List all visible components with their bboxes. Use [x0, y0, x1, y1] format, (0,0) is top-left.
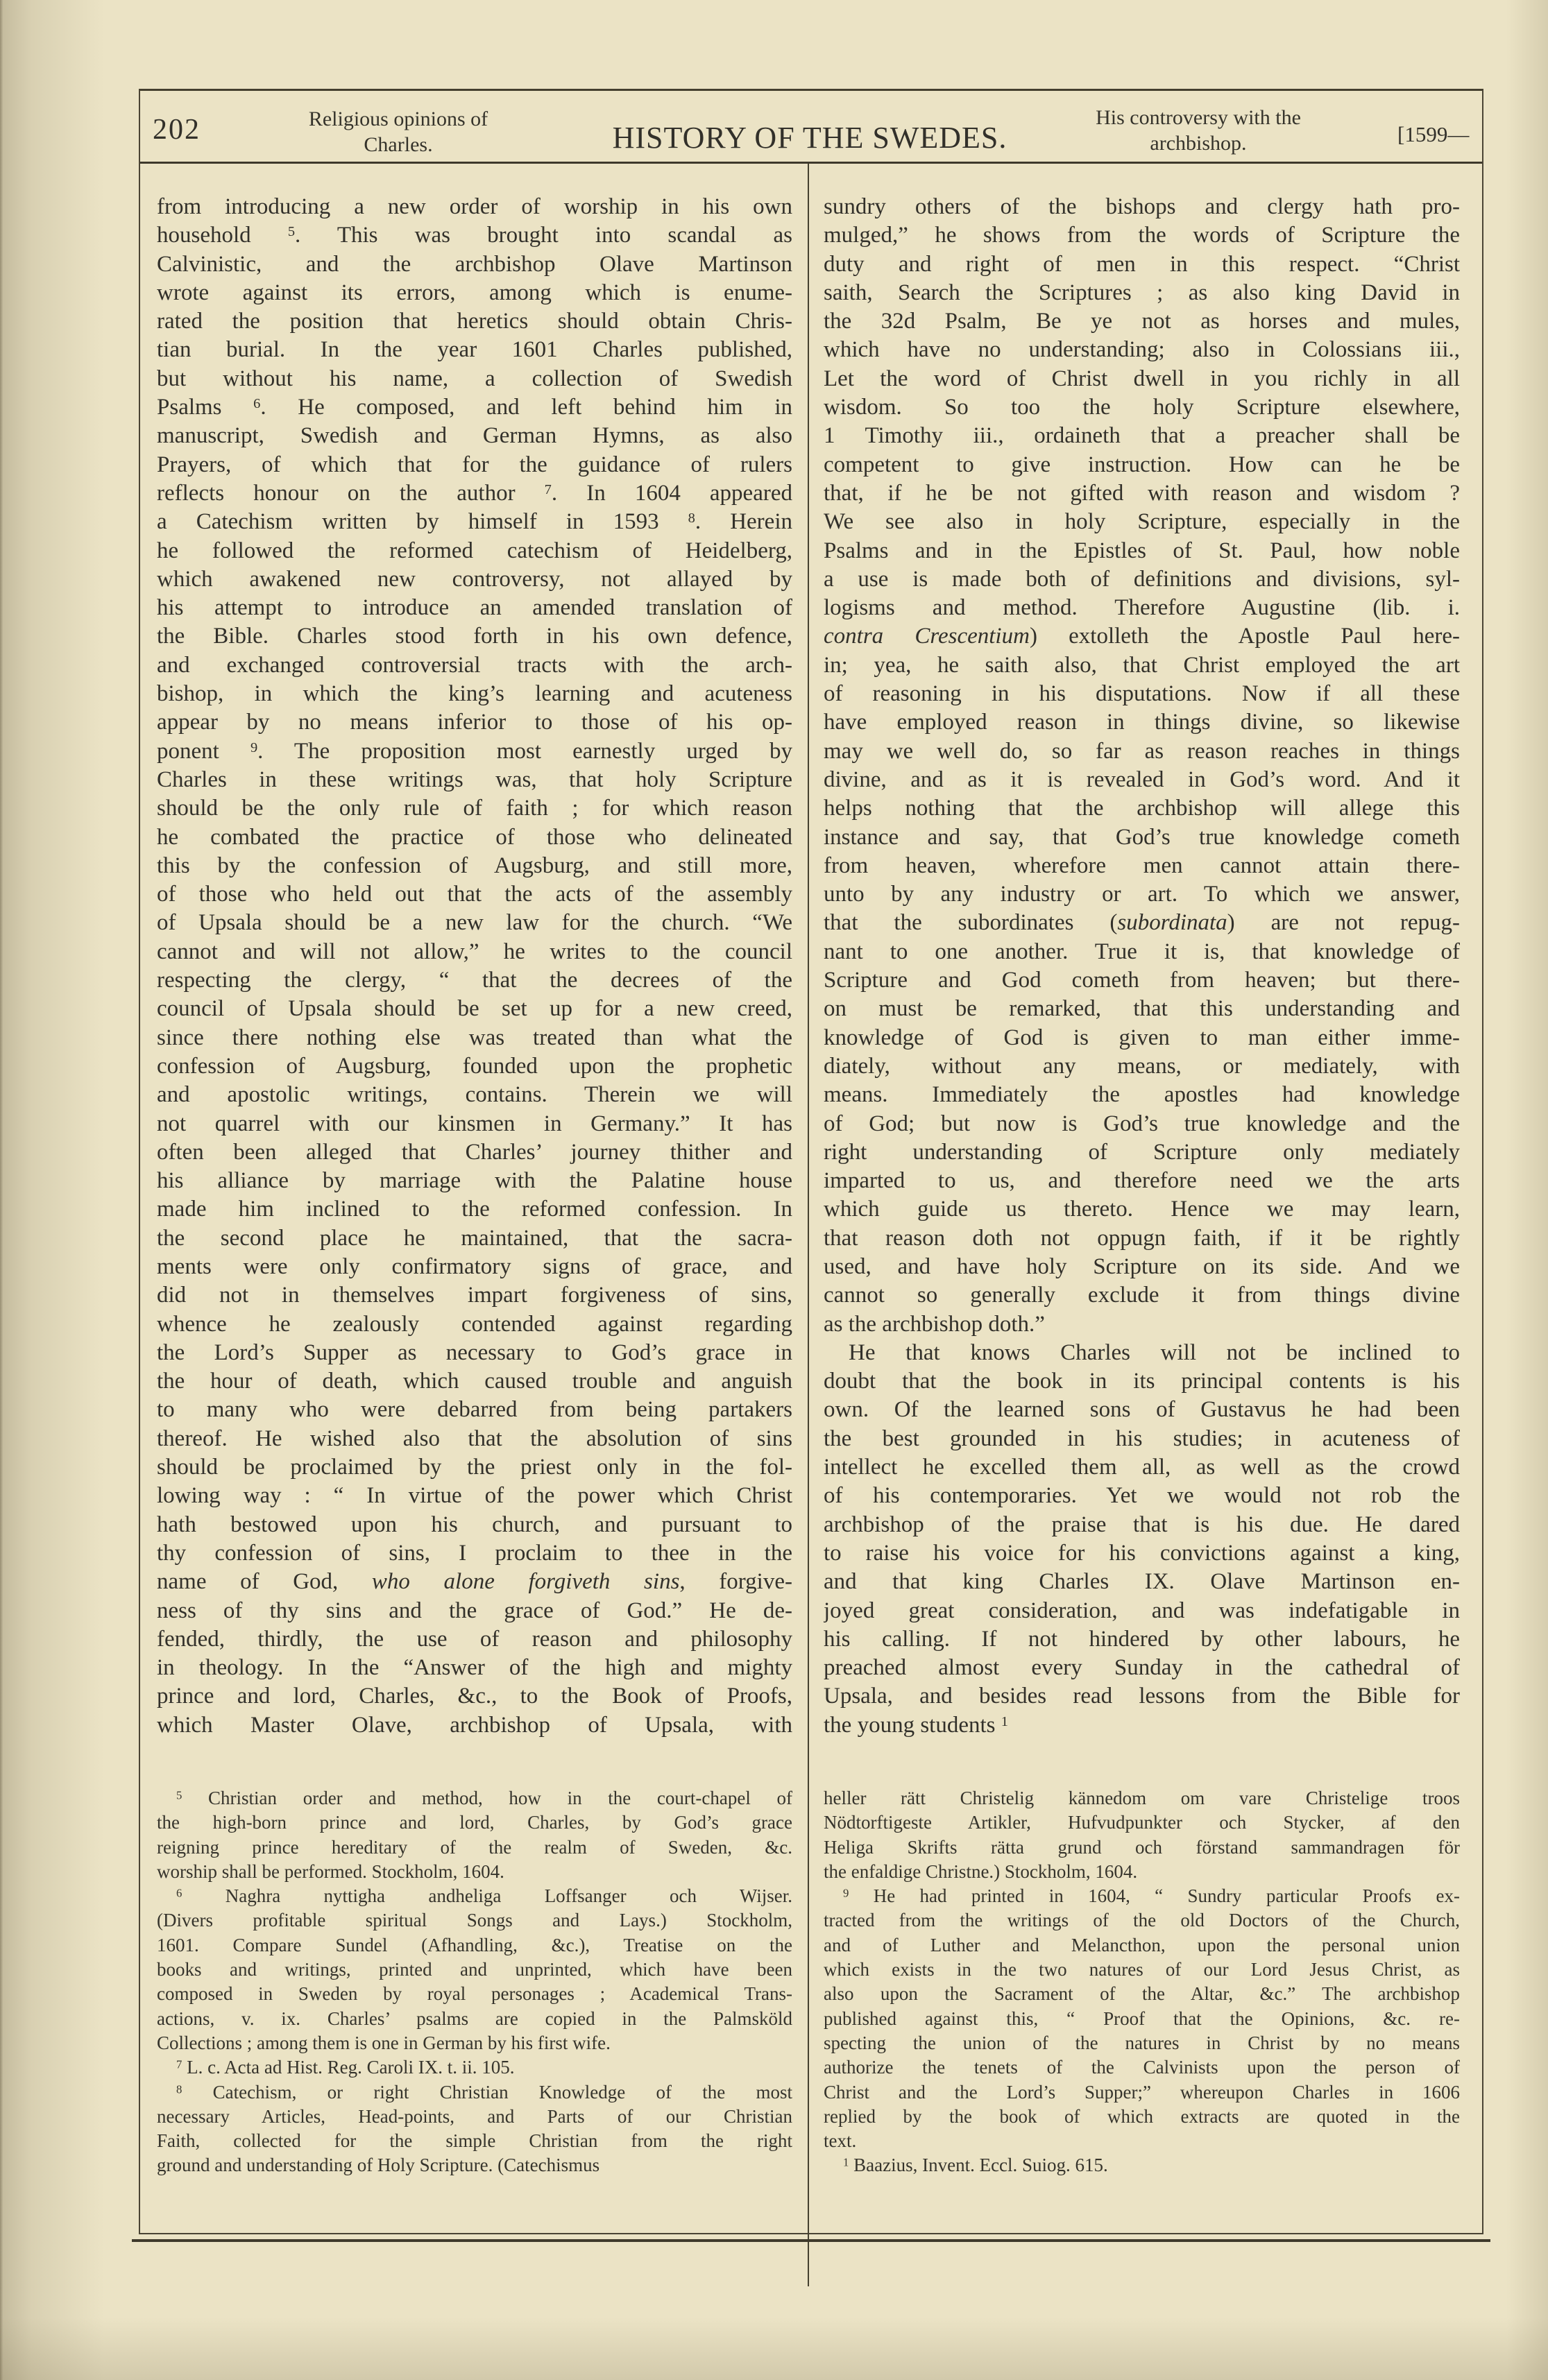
- text-line: contra Crescentium) extolleth the Apostl…: [824, 622, 1460, 651]
- text-line: which Master Olave, archbishop of Upsala…: [157, 1711, 792, 1740]
- text-line: cannot and will not allow,” he writes to…: [157, 938, 792, 966]
- text-line: that, if he be not gifted with reason an…: [824, 479, 1460, 508]
- text-line: Calvinistic, and the archbishop Olave Ma…: [157, 250, 792, 279]
- text-line: replied by the book of which extracts ar…: [824, 2105, 1460, 2129]
- text-line: the enfaldige Christne.) Stockholm, 1604…: [824, 1860, 1460, 1884]
- text-line: ness of thy sins and the grace of God.” …: [157, 1597, 792, 1625]
- text-line: published against this, “ Proof that the…: [824, 2007, 1460, 2031]
- text-line: Charles in these writings was, that holy…: [157, 766, 792, 794]
- bottom-page-edge-shadow: [0, 2318, 1548, 2380]
- text-line: helps nothing that the archbishop will a…: [824, 794, 1460, 823]
- text-line: since there nothing else was treated tha…: [157, 1024, 792, 1052]
- text-line: instance and say, that God’s true knowle…: [824, 823, 1460, 852]
- text-line: his calling. If not hindered by other la…: [824, 1625, 1460, 1654]
- text-line: composed in Sweden by royal personages ;…: [157, 1982, 792, 2006]
- text-line: wisdom. So too the holy Scripture elsewh…: [824, 393, 1460, 422]
- text-line: as the archbishop doth.”: [824, 1310, 1460, 1339]
- text-line: (Divers profitable spiritual Songs and L…: [157, 1908, 792, 1933]
- text-line: heller rätt Christelig kännedom om vare …: [824, 1786, 1460, 1810]
- text-line: appear by no means inferior to those of …: [157, 708, 792, 737]
- text-line: did not in themselves impart forgiveness…: [157, 1281, 792, 1310]
- text-line: ponent 9. The proposition most earnestly…: [157, 737, 792, 766]
- text-line: the young students 1: [824, 1711, 1460, 1740]
- text-line: Faith, collected for the simple Christia…: [157, 2129, 792, 2153]
- text-line: and of Luther and Melancthon, upon the p…: [824, 1933, 1460, 1958]
- text-line: manuscript, Swedish and German Hymns, as…: [157, 422, 792, 450]
- text-line: 6 Naghra nyttigha andheliga Loffsanger o…: [157, 1884, 792, 1908]
- text-line: 9 He had printed in 1604, “ Sundry parti…: [824, 1884, 1460, 1908]
- running-head-right: His controversy with the archbishop.: [1065, 105, 1332, 156]
- text-line: this by the confession of Augsburg, and …: [157, 852, 792, 880]
- text-line: in; yea, he saith also, that Christ empl…: [824, 651, 1460, 680]
- book-title: HISTORY OF THE SWEDES.: [570, 120, 1049, 155]
- text-line: tracted from the writings of the old Doc…: [824, 1908, 1460, 1933]
- text-line: may we well do, so far as reason reaches…: [824, 737, 1460, 766]
- text-line: bishop, in which the king’s learning and…: [157, 680, 792, 708]
- text-line: confession of Augsburg, founded upon the…: [157, 1052, 792, 1081]
- text-line: used, and have holy Scripture on its sid…: [824, 1253, 1460, 1281]
- text-line: Christ and the Lord’s Supper;” whereupon…: [824, 2080, 1460, 2105]
- text-line: 7 L. c. Acta ad Hist. Reg. Caroli IX. t.…: [157, 2055, 792, 2080]
- text-line: divine, and as it is revealed in God’s w…: [824, 766, 1460, 794]
- right-page-edge-shadow: [1506, 0, 1548, 2380]
- text-line: made him inclined to the reformed confes…: [157, 1195, 792, 1224]
- text-line: that the subordinates (subordinata) are …: [824, 909, 1460, 937]
- text-line: reflects honour on the author 7. In 1604…: [157, 479, 792, 508]
- text-line: thy confession of sins, I proclaim to th…: [157, 1539, 792, 1568]
- text-line: preached almost every Sunday in the cath…: [824, 1654, 1460, 1682]
- footnotes-right-column: heller rätt Christelig kännedom om vare …: [824, 1786, 1460, 2178]
- text-line: archbishop of the praise that is his due…: [824, 1511, 1460, 1539]
- text-line: of God; but now is God’s true knowledge …: [824, 1110, 1460, 1138]
- text-line: of reasoning in his disputations. Now if…: [824, 680, 1460, 708]
- text-line: unto by any industry or art. To which we…: [824, 880, 1460, 909]
- text-line: to raise his voice for his convictions a…: [824, 1539, 1460, 1568]
- text-line: from introducing a new order of worship …: [157, 193, 792, 221]
- text-line: reigning prince hereditary of the realm …: [157, 1835, 792, 1860]
- text-line: fended, thirdly, the use of reason and p…: [157, 1625, 792, 1654]
- text-line: Psalms and in the Epistles of St. Paul, …: [824, 537, 1460, 565]
- text-line: name of God, who alone forgiveth sins, f…: [157, 1568, 792, 1596]
- date-marginal: [1599—: [1397, 122, 1488, 147]
- text-line: ments were only confirmatory signs of gr…: [157, 1253, 792, 1281]
- text-line: which exists in the two natures of our L…: [824, 1958, 1460, 1982]
- left-page-edge-shadow: [0, 0, 104, 2380]
- text-line: also upon the Sacrament of the Altar, &c…: [824, 1982, 1460, 2006]
- text-line: right understanding of Scripture only me…: [824, 1138, 1460, 1167]
- text-line: Heliga Skrifts rätta grund och förstand …: [824, 1835, 1460, 1860]
- page-bottom-rule: [132, 2239, 1490, 2242]
- running-head-right-line2: archbishop.: [1065, 130, 1332, 156]
- text-line: tian burial. In the year 1601 Charles pu…: [157, 336, 792, 364]
- text-line: 5 Christian order and method, how in the…: [157, 1786, 792, 1810]
- text-line: thereof. He wished also that the absolut…: [157, 1425, 792, 1453]
- text-line: sundry others of the bishops and clergy …: [824, 193, 1460, 221]
- text-line: and apostolic writings, contains. Therei…: [157, 1081, 792, 1109]
- text-line: imparted to us, and therefore need we th…: [824, 1167, 1460, 1195]
- text-line: worship shall be performed. Stockholm, 1…: [157, 1860, 792, 1884]
- text-line: household 5. This was brought into scand…: [157, 221, 792, 250]
- text-line: doubt that the book in its principal con…: [824, 1367, 1460, 1396]
- text-line: ground and understanding of Holy Scriptu…: [157, 2153, 792, 2177]
- text-line: have employed reason in things divine, s…: [824, 708, 1460, 737]
- text-line: often been alleged that Charles’ journey…: [157, 1138, 792, 1167]
- text-line: a use is made both of definitions and di…: [824, 565, 1460, 594]
- text-line: diately, without any means, or mediately…: [824, 1052, 1460, 1081]
- text-line: the hour of death, which caused trouble …: [157, 1367, 792, 1396]
- main-text-left-column: from introducing a new order of worship …: [157, 193, 792, 1740]
- text-line: means. Immediately the apostles had know…: [824, 1081, 1460, 1109]
- text-line: the Bible. Charles stood forth in his ow…: [157, 622, 792, 651]
- text-line: text.: [824, 2129, 1460, 2153]
- footnotes-left-column: 5 Christian order and method, how in the…: [157, 1786, 792, 2178]
- text-line: wrote against its errors, among which is…: [157, 279, 792, 307]
- running-head-left-line1: Religious opinions of: [272, 106, 525, 132]
- text-line: not quarrel with our kinsmen in Germany.…: [157, 1110, 792, 1138]
- text-line: mulged,” he shows from the words of Scri…: [824, 221, 1460, 250]
- text-line: Collections ; among them is one in Germa…: [157, 2031, 792, 2055]
- text-line: which have no understanding; also in Col…: [824, 336, 1460, 364]
- text-line: 1601. Compare Sundel (Afhandling, &c.), …: [157, 1933, 792, 1958]
- running-head-right-line1: His controversy with the: [1065, 105, 1332, 130]
- text-line: We see also in holy Scripture, especiall…: [824, 508, 1460, 536]
- book-page-scan: 202 Religious opinions of Charles. HISTO…: [0, 0, 1548, 2380]
- text-line: his alliance by marriage with the Palati…: [157, 1167, 792, 1195]
- text-line: on must be remarked, that this understan…: [824, 995, 1460, 1023]
- text-line: should be proclaimed by the priest only …: [157, 1453, 792, 1482]
- header-rule: [140, 162, 1482, 164]
- text-line: books and writings, printed and unprinte…: [157, 1958, 792, 1982]
- text-line: joyed great consideration, and was indef…: [824, 1597, 1460, 1625]
- page-frame: 202 Religious opinions of Charles. HISTO…: [139, 89, 1483, 2234]
- text-line: rated the position that heretics should …: [157, 307, 792, 336]
- text-line: and that king Charles IX. Olave Martinso…: [824, 1568, 1460, 1596]
- text-line: respecting the clergy, “ that the decree…: [157, 966, 792, 995]
- text-line: Upsala, and besides read lessons from th…: [824, 1682, 1460, 1711]
- text-line: of those who held out that the acts of t…: [157, 880, 792, 909]
- column-divider-rule: [808, 164, 809, 2286]
- text-line: Prayers, of which that for the guidance …: [157, 451, 792, 479]
- text-line: saith, Search the Scriptures ; as also k…: [824, 279, 1460, 307]
- page-number: 202: [153, 113, 201, 146]
- text-line: authorize the tenets of the Calvinists u…: [824, 2055, 1460, 2080]
- running-head-left-line2: Charles.: [272, 132, 525, 157]
- text-line: to many who were debarred from being par…: [157, 1396, 792, 1424]
- text-line: the high-born prince and lord, Charles, …: [157, 1810, 792, 1835]
- text-line: the Lord’s Supper as necessary to God’s …: [157, 1339, 792, 1367]
- text-line: but without his name, a collection of Sw…: [157, 365, 792, 393]
- text-line: hath bestowed upon his church, and pursu…: [157, 1511, 792, 1539]
- text-line: competent to give instruction. How can h…: [824, 451, 1460, 479]
- text-line: council of Upsala should be set up for a…: [157, 995, 792, 1023]
- text-line: of his contemporaries. Yet we would not …: [824, 1482, 1460, 1510]
- text-line: he followed the reformed catechism of He…: [157, 537, 792, 565]
- text-line: that reason doth not oppugn faith, if it…: [824, 1224, 1460, 1253]
- text-line: Nödtorftigeste Artikler, Hufvudpunkter o…: [824, 1810, 1460, 1835]
- text-line: Let the word of Christ dwell in you rich…: [824, 365, 1460, 393]
- text-line: intellect he excelled them all, as well …: [824, 1453, 1460, 1482]
- text-line: in theology. In the “Answer of the high …: [157, 1654, 792, 1682]
- text-line: from heaven, wherefore men cannot attain…: [824, 852, 1460, 880]
- text-line: a Catechism written by himself in 1593 8…: [157, 508, 792, 536]
- text-line: whence he zealously contended against re…: [157, 1310, 792, 1339]
- text-line: 1 Timothy iii., ordaineth that a preache…: [824, 422, 1460, 450]
- main-text-right-column: sundry others of the bishops and clergy …: [824, 193, 1460, 1740]
- text-line: 8 Catechism, or right Christian Knowledg…: [157, 2080, 792, 2105]
- text-line: logisms and method. Therefore Augustine …: [824, 594, 1460, 622]
- text-line: the 32d Psalm, Be ye not as horses and m…: [824, 307, 1460, 336]
- text-line: duty and right of men in this respect. “…: [824, 250, 1460, 279]
- text-line: own. Of the learned sons of Gustavus he …: [824, 1396, 1460, 1424]
- text-line: he combated the practice of those who de…: [157, 823, 792, 852]
- text-line: the best grounded in his studies; in acu…: [824, 1425, 1460, 1453]
- text-line: specting the union of the natures in Chr…: [824, 2031, 1460, 2055]
- text-line: cannot so generally exclude it from thin…: [824, 1281, 1460, 1310]
- text-line: Psalms 6. He composed, and left behind h…: [157, 393, 792, 422]
- text-line: his attempt to introduce an amended tran…: [157, 594, 792, 622]
- text-line: the second place he maintained, that the…: [157, 1224, 792, 1253]
- text-line: lowing way : “ In virtue of the power wh…: [157, 1482, 792, 1510]
- running-head-left: Religious opinions of Charles.: [272, 106, 525, 157]
- text-line: necessary Articles, Head-points, and Par…: [157, 2105, 792, 2129]
- text-line: nant to one another. True it is, that kn…: [824, 938, 1460, 966]
- text-line: prince and lord, Charles, &c., to the Bo…: [157, 1682, 792, 1711]
- text-line: which guide us thereto. Hence we may lea…: [824, 1195, 1460, 1224]
- text-line: should be the only rule of faith ; for w…: [157, 794, 792, 823]
- text-line: of Upsala should be a new law for the ch…: [157, 909, 792, 937]
- text-line: He that knows Charles will not be inclin…: [824, 1339, 1460, 1367]
- text-line: Scripture and God cometh from heaven; bu…: [824, 966, 1460, 995]
- text-line: actions, v. ix. Charles’ psalms are copi…: [157, 2007, 792, 2031]
- text-line: knowledge of God is given to man either …: [824, 1024, 1460, 1052]
- text-line: and exchanged controversial tracts with …: [157, 651, 792, 680]
- text-line: 1 Baazius, Invent. Eccl. Suiog. 615.: [824, 2153, 1460, 2177]
- text-line: which awakened new controversy, not alla…: [157, 565, 792, 594]
